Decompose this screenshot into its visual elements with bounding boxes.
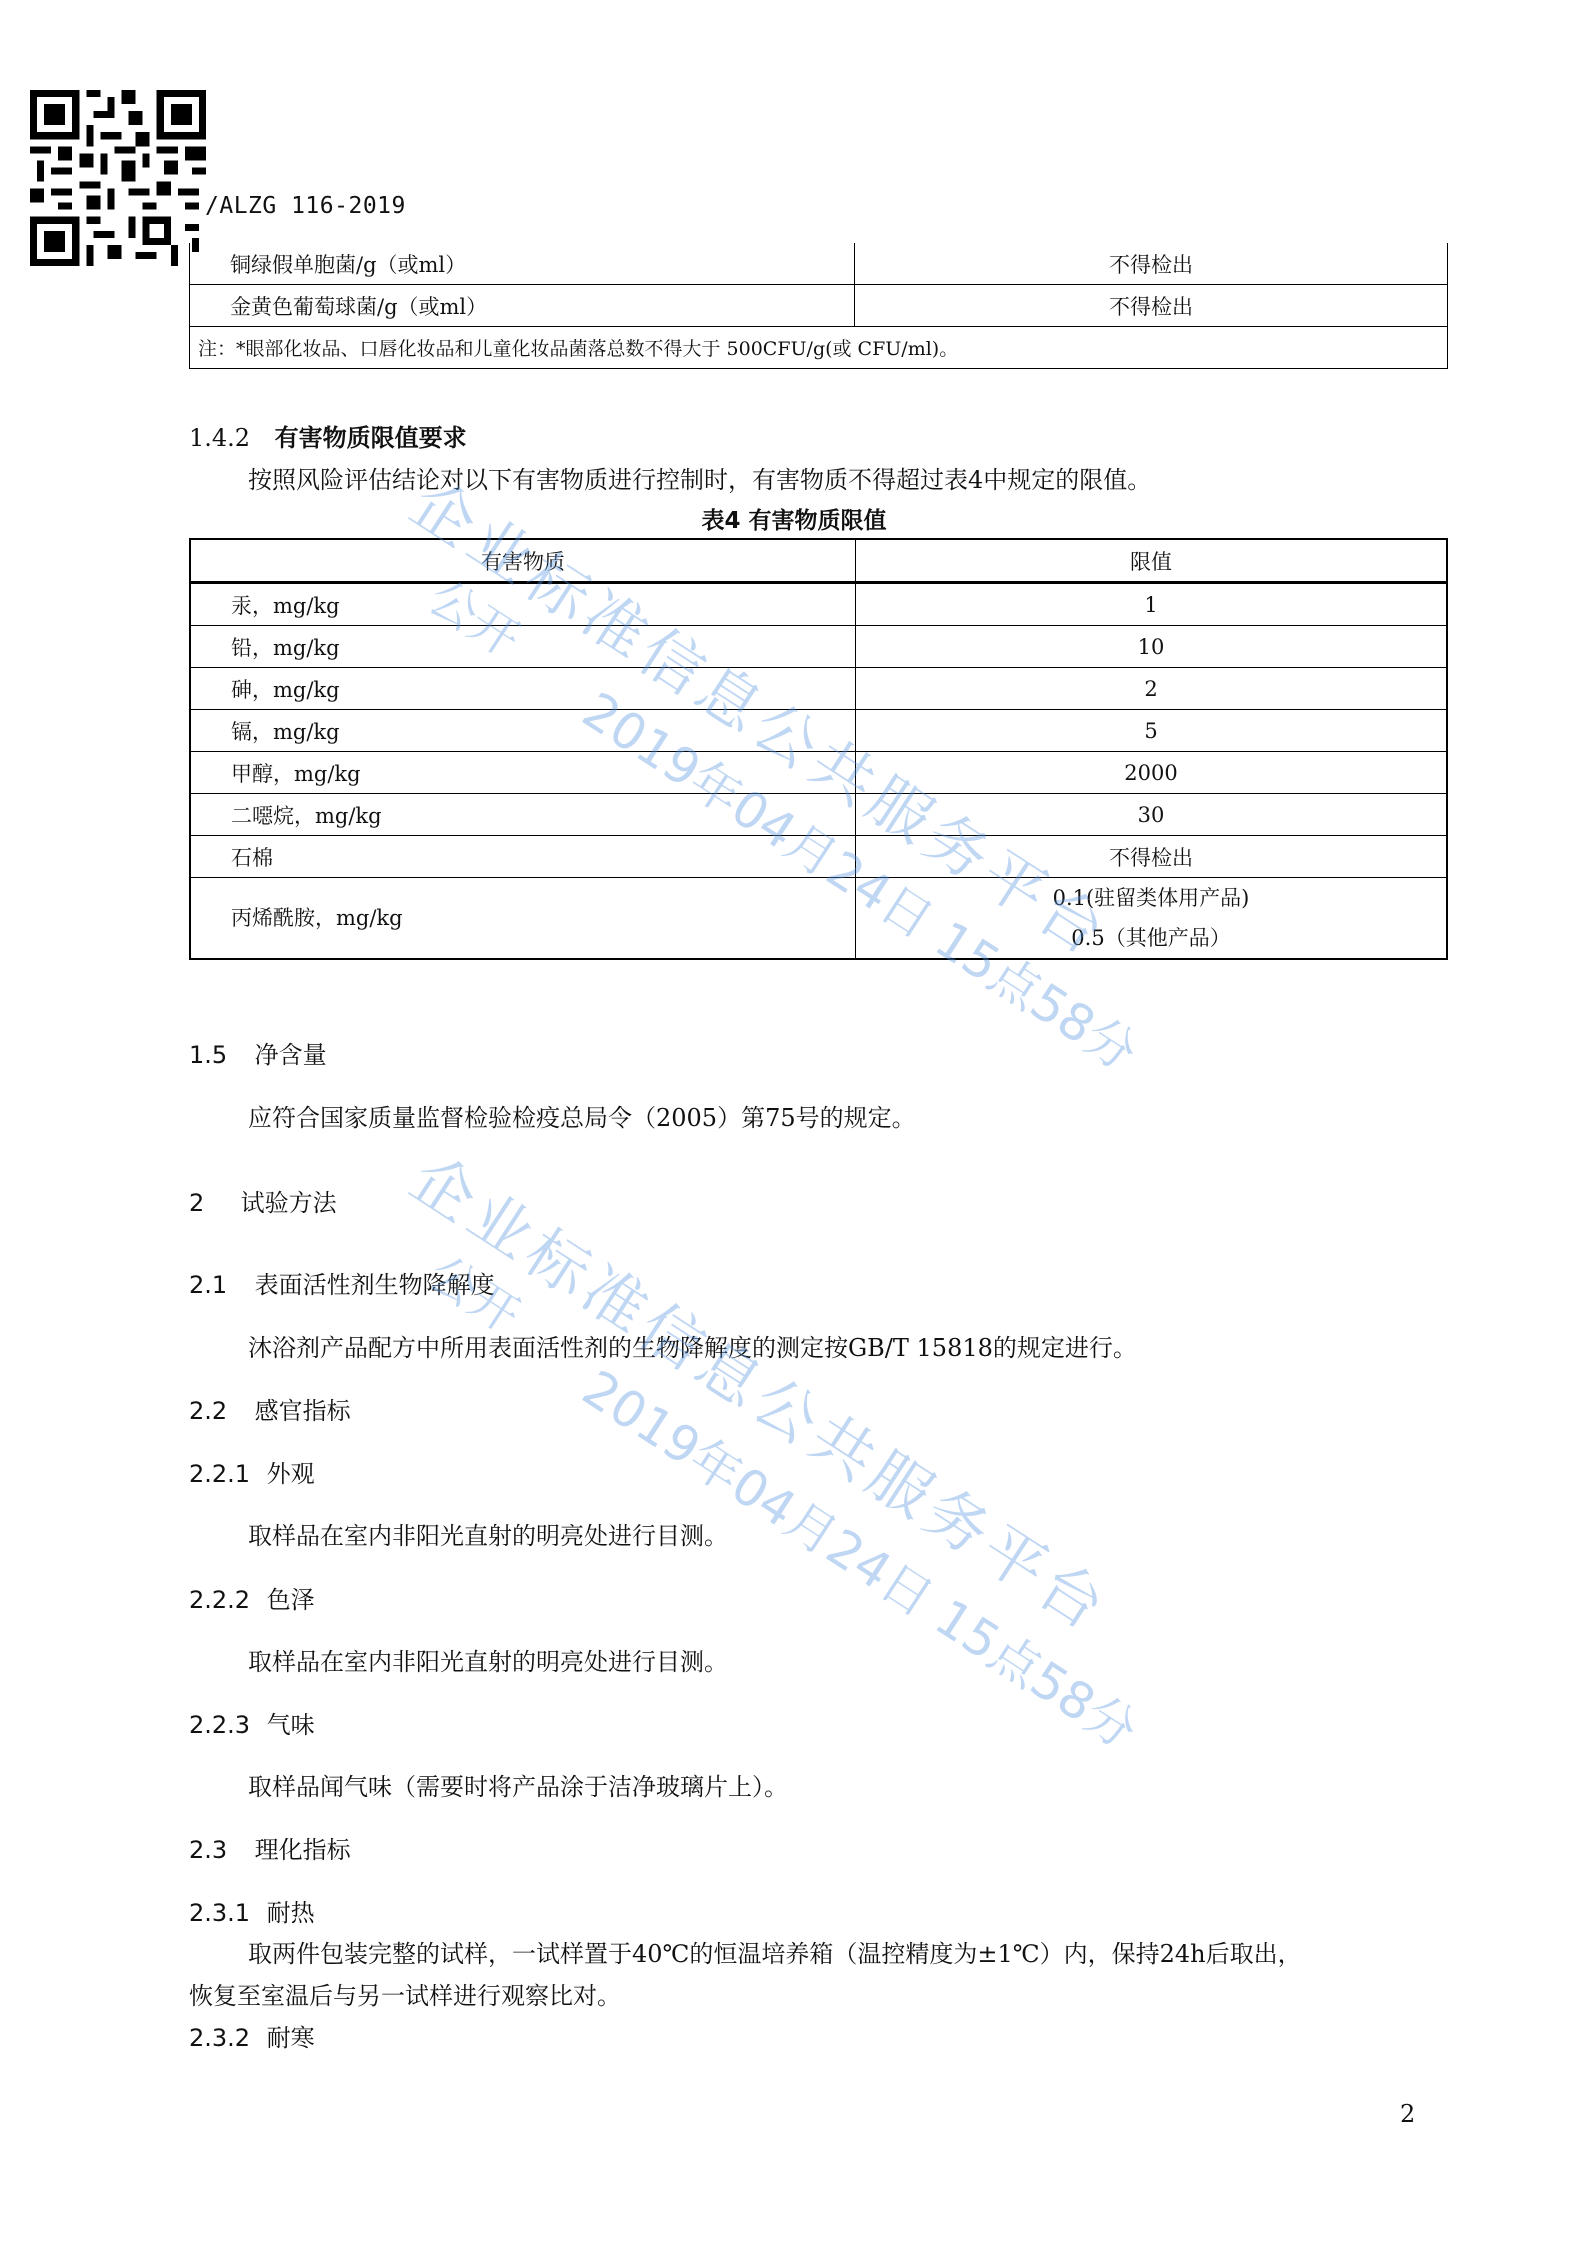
section-number: 2.1 [189,1271,247,1299]
limit-line-2: 0.5（其他产品） [856,918,1446,958]
section-title: 色泽 [267,1586,315,1614]
section-title: 试验方法 [241,1189,337,1217]
section-title: 有害物质限值要求 [275,424,467,452]
section-number: 2.3.1 [189,1899,259,1927]
section-number: 1.4.2 [189,424,267,452]
section-title: 耐寒 [267,2024,315,2052]
qr-code-icon [30,88,206,268]
section-2-2-3-text: 取样品闻气味（需要时将产品涂于洁净玻璃片上）。 [248,1767,788,1802]
table-cell-item: 汞，mg/kg [190,583,856,626]
table-cell-limit: 30 [856,794,1448,836]
table-row: 镉，mg/kg 5 [190,710,1447,752]
microbe-limits-table: 铜绿假单胞菌/g（或ml） 不得检出 金黄色葡萄球菌/g（或ml） 不得检出 注… [189,243,1448,369]
table-cell-limit: 不得检出 [855,243,1448,285]
section-1-4-2-text: 按照风险评估结论对以下有害物质进行控制时，有害物质不得超过表4中规定的限值。 [248,460,1151,495]
hazardous-substances-table: 有害物质 限值 汞，mg/kg 1 铅，mg/kg 10 砷，mg/kg 2 镉… [189,538,1448,960]
section-heading-2-2-2: 2.2.2 色泽 [189,1580,315,1615]
table-note: 注：*眼部化妆品、口唇化妆品和儿童化妆品菌落总数不得大于 500CFU/g(或 … [190,327,1448,369]
table-cell-limit: 不得检出 [856,836,1448,878]
section-2-1-text: 沐浴剂产品配方中所用表面活性剂的生物降解度的测定按GB/T 15818的规定进行… [248,1328,1137,1363]
section-heading-2-2-1: 2.2.1 外观 [189,1454,315,1489]
section-2-2-2-text: 取样品在室内非阳光直射的明亮处进行目测。 [248,1642,728,1677]
table-row: 石棉 不得检出 [190,836,1447,878]
table-row: 金黄色葡萄球菌/g（或ml） 不得检出 [190,285,1448,327]
table-cell-item: 甲醇，mg/kg [190,752,856,794]
section-2-3-1-text-line2: 恢复至室温后与另一试样进行观察比对。 [189,1976,621,2011]
table-row: 二噁烷，mg/kg 30 [190,794,1447,836]
table-cell-item: 铜绿假单胞菌/g（或ml） [190,243,855,285]
section-heading-1-5: 1.5 净含量 [189,1035,327,1070]
section-heading-2: 2 试验方法 [189,1183,337,1218]
section-heading-2-2: 2.2 感官指标 [189,1391,351,1426]
table-row: 砷，mg/kg 2 [190,668,1447,710]
section-heading-2-2-3: 2.2.3 气味 [189,1705,315,1740]
table-cell-item: 砷，mg/kg [190,668,856,710]
section-title: 感官指标 [255,1397,351,1425]
table-cell-item: 镉，mg/kg [190,710,856,752]
standard-code: /ALZG 116-2019 [205,193,406,219]
table-row: 甲醇，mg/kg 2000 [190,752,1447,794]
table-row: 铜绿假单胞菌/g（或ml） 不得检出 [190,243,1448,285]
table-cell-item: 二噁烷，mg/kg [190,794,856,836]
table-cell-item: 石棉 [190,836,856,878]
table-row: 丙烯酰胺，mg/kg 0.1(驻留类体用产品) 0.5（其他产品） [190,878,1447,960]
section-number: 2.2.1 [189,1460,259,1488]
column-header-substance: 有害物质 [190,539,856,583]
table-header-row: 有害物质 限值 [190,539,1447,583]
table-cell-item: 铅，mg/kg [190,626,856,668]
table4-caption: 表4 有害物质限值 [0,502,1588,535]
section-title: 理化指标 [255,1836,351,1864]
table-cell-limit: 5 [856,710,1448,752]
section-2-3-1-text-line1: 取两件包装完整的试样，一试样置于40℃的恒温培养箱（温控精度为±1℃）内，保持2… [248,1934,1302,1969]
section-title: 净含量 [255,1041,327,1069]
section-title: 表面活性剂生物降解度 [255,1271,495,1299]
limit-line-1: 0.1(驻留类体用产品) [856,878,1446,918]
table-cell-limit: 2 [856,668,1448,710]
column-header-limit: 限值 [856,539,1448,583]
section-title: 气味 [267,1711,315,1739]
table-cell-limit: 2000 [856,752,1448,794]
table-row: 铅，mg/kg 10 [190,626,1447,668]
table-cell-limit: 1 [856,583,1448,626]
table-cell-item: 丙烯酰胺，mg/kg [190,878,856,960]
section-number: 2.2.2 [189,1586,259,1614]
section-number: 2.2 [189,1397,247,1425]
section-number: 2 [189,1189,233,1217]
section-2-2-1-text: 取样品在室内非阳光直射的明亮处进行目测。 [248,1516,728,1551]
section-heading-2-3-1: 2.3.1 耐热 [189,1893,315,1928]
section-heading-2-1: 2.1 表面活性剂生物降解度 [189,1265,495,1300]
section-heading-1-4-2: 1.4.2 有害物质限值要求 [189,418,467,453]
table-cell-limit: 10 [856,626,1448,668]
table-cell-item: 金黄色葡萄球菌/g（或ml） [190,285,855,327]
section-number: 2.3 [189,1836,247,1864]
watermark-platform: 企业标准信息公共服务平台 [397,1130,1130,1649]
page-number: 2 [1400,2100,1415,2128]
table-cell-limit: 不得检出 [855,285,1448,327]
section-title: 外观 [267,1460,315,1488]
section-number: 1.5 [189,1041,247,1069]
section-number: 2.2.3 [189,1711,259,1739]
section-1-5-text: 应符合国家质量监督检验检疫总局令（2005）第75号的规定。 [248,1098,916,1133]
section-title: 耐热 [267,1899,315,1927]
table-note-row: 注：*眼部化妆品、口唇化妆品和儿童化妆品菌落总数不得大于 500CFU/g(或 … [190,327,1448,369]
section-number: 2.3.2 [189,2024,259,2052]
watermark-timestamp: 2019年04月24日 15点58分 [571,1350,1153,1763]
section-heading-2-3: 2.3 理化指标 [189,1830,351,1865]
table-cell-limit: 0.1(驻留类体用产品) 0.5（其他产品） [856,878,1448,960]
table-row: 汞，mg/kg 1 [190,583,1447,626]
section-heading-2-3-2: 2.3.2 耐寒 [189,2018,315,2053]
